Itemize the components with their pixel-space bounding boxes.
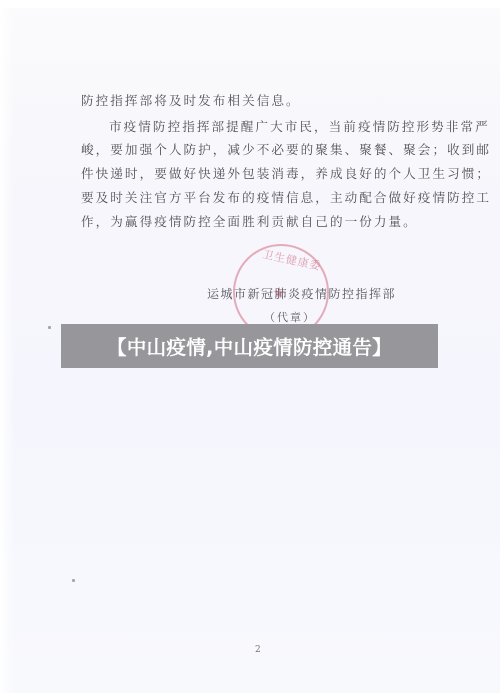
document-line: 作，为赢得疫情防控全面胜利贡献自己的一份力量。	[81, 214, 418, 230]
document-line: 件快递时，要做好快递外包装消毒，养成良好的个人卫生习惯；	[81, 166, 491, 182]
document-line: 峻，要加强个人防护，减少不必要的聚集、聚餐、聚会；收到邮	[81, 142, 491, 158]
page-number: 2	[255, 645, 261, 655]
signer-name: 运城市新冠肺炎疫情防控指挥部	[207, 285, 396, 302]
document-line: 市疫情防控指挥部提醒广大市民，当前疫情防控形势非常严	[109, 119, 490, 135]
document-line: 要及时关注官方平台发布的疫情信息，主动配合做好疫情防控工	[81, 190, 491, 206]
scan-speck	[48, 326, 51, 329]
document-line: 防控指挥部将及时发布相关信息。	[81, 93, 301, 109]
seal-note: （代章）	[264, 309, 316, 325]
scan-speck	[72, 579, 75, 582]
title-banner: 【中山疫情,中山疫情防控通告】	[61, 324, 438, 368]
